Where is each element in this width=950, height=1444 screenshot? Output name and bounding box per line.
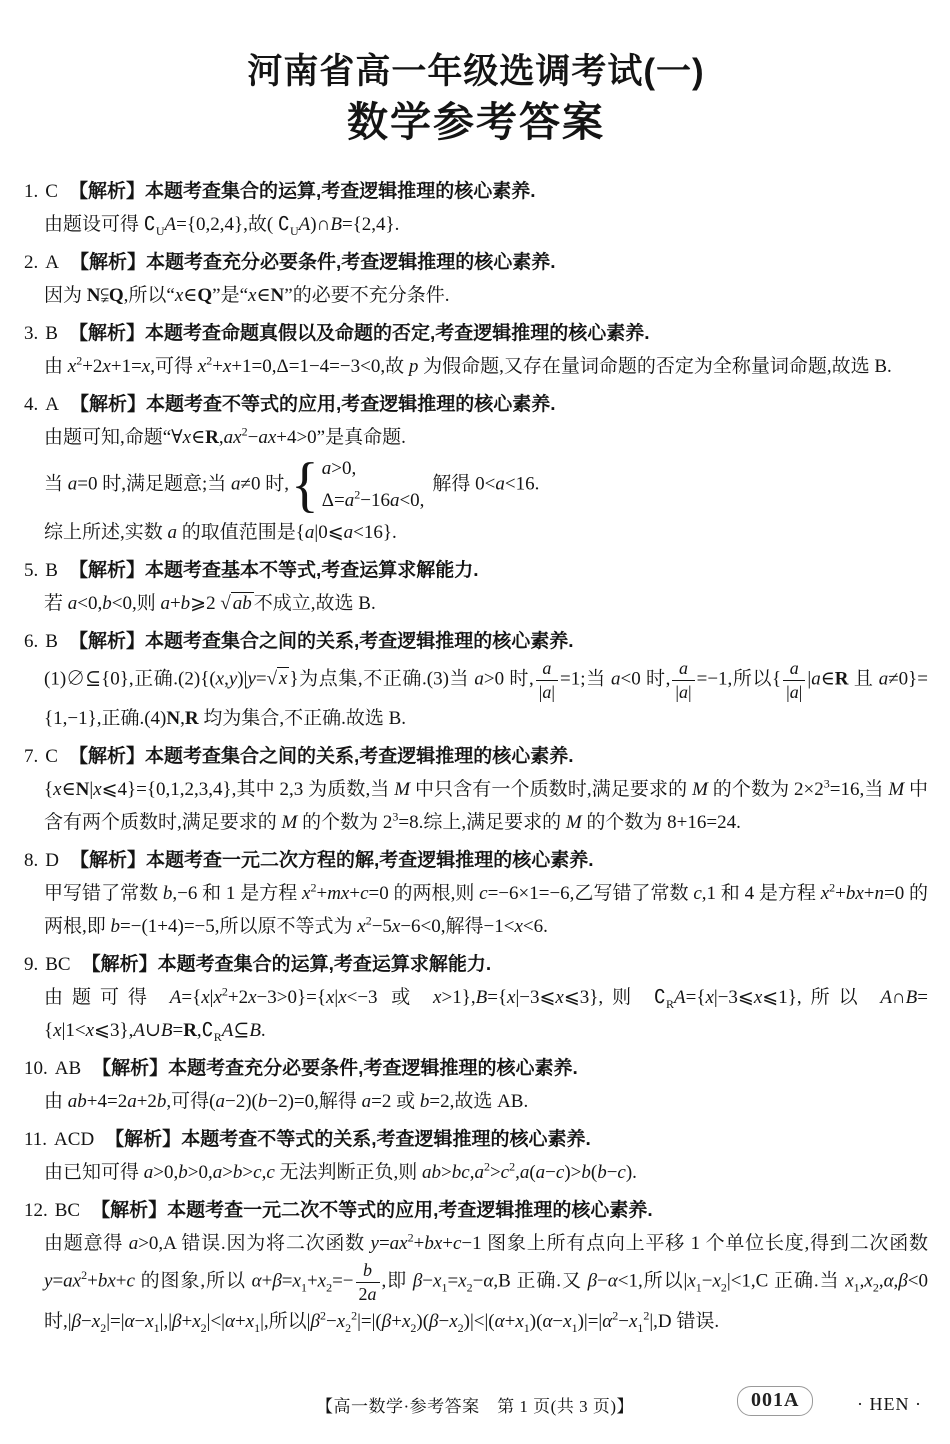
solution-line: 因为 N⫋Q,所以“x∈Q”是“x∈N”的必要不充分条件. [44, 279, 928, 312]
item-solution: 由题可知,命题“∀x∈R,ax2−ax+4>0”是真命题.当 a=0 时,满足题… [24, 421, 928, 549]
question-number: 2. [24, 252, 38, 273]
item-solution: 由 x2+2x+1=x,可得 x2+x+1=0,Δ=1−4=−3<0,故 p 为… [24, 350, 928, 383]
item-head: 9.BC【解析】本题考查集合的运算,考查运算求解能力. [24, 948, 928, 981]
answer-letter: AB [55, 1058, 81, 1079]
question-number: 6. [24, 631, 38, 652]
analysis-label: 【解析】 [69, 631, 145, 652]
analysis-label: 【解析】 [69, 181, 145, 202]
solution-line: 综上所述,实数 a 的取值范围是{a|0⩽a<16}. [44, 516, 928, 549]
analysis-label: 【解析】 [69, 323, 145, 344]
item-solution: 由已知可得 a>0,b>0,a>b>c,c 无法判断正负,则 ab>bc,a2>… [24, 1156, 928, 1189]
solution-line: 由已知可得 a>0,b>0,a>b>c,c 无法判断正负,则 ab>bc,a2>… [44, 1156, 928, 1189]
answer-sheet-title: 数学参考答案 [24, 98, 928, 147]
question-number: 12. [24, 1200, 48, 1221]
item-solution: {x∈N|x⩽4}={0,1,2,3,4},其中 2,3 为质数,当 M 中只含… [24, 773, 928, 839]
answer-list: 1.C【解析】本题考查集合的运算,考查逻辑推理的核心素养. 由题设可得 ∁UA=… [24, 175, 928, 1338]
analysis-intro: 本题考查命题真假以及命题的否定,考查逻辑推理的核心素养. [145, 323, 650, 344]
answer-item: 4.A【解析】本题考查不等式的应用,考查逻辑推理的核心素养. 由题可知,命题“∀… [24, 388, 928, 549]
answer-letter: C [45, 746, 58, 767]
question-number: 4. [24, 394, 38, 415]
answer-letter: B [45, 631, 58, 652]
exam-answer-page: 河南省高一年级选调考试(一) 数学参考答案 1.C【解析】本题考查集合的运算,考… [0, 0, 950, 1338]
item-solution: 由题意得 a>0,A 错误.因为将二次函数 y=ax2+bx+c−1 图象上所有… [24, 1227, 928, 1337]
solution-line: 由题可得 A={x|x2+2x−3>0}={x|x<−3 或 x>1},B={x… [44, 981, 928, 1047]
analysis-intro: 本题考查一元二次方程的解,考查逻辑推理的核心素养. [146, 850, 594, 871]
item-solution: 甲写错了常数 b,−6 和 1 是方程 x2+mx+c=0 的两根,则 c=−6… [24, 877, 928, 943]
question-number: 7. [24, 746, 38, 767]
solution-line: 由题意得 a>0,A 错误.因为将二次函数 y=ax2+bx+c−1 图象上所有… [44, 1227, 928, 1337]
answer-item: 11.ACD【解析】本题考查不等式的关系,考查逻辑推理的核心素养. 由已知可得 … [24, 1123, 928, 1189]
item-head: 8.D【解析】本题考查一元二次方程的解,考查逻辑推理的核心素养. [24, 844, 928, 877]
answer-item: 9.BC【解析】本题考查集合的运算,考查运算求解能力. 由题可得 A={x|x2… [24, 948, 928, 1047]
title-block: 河南省高一年级选调考试(一) 数学参考答案 [24, 50, 928, 147]
answer-item: 2.A【解析】本题考查充分必要条件,考查逻辑推理的核心素养. 因为 N⫋Q,所以… [24, 246, 928, 312]
answer-letter: BC [45, 954, 70, 975]
answer-letter: A [45, 394, 59, 415]
analysis-label: 【解析】 [70, 394, 146, 415]
item-head: 11.ACD【解析】本题考查不等式的关系,考查逻辑推理的核心素养. [24, 1123, 928, 1156]
answer-item: 8.D【解析】本题考查一元二次方程的解,考查逻辑推理的核心素养. 甲写错了常数 … [24, 844, 928, 943]
answer-letter: C [45, 181, 58, 202]
question-number: 10. [24, 1058, 48, 1079]
question-number: 1. [24, 181, 38, 202]
analysis-label: 【解析】 [70, 850, 146, 871]
analysis-intro: 本题考查不等式的应用,考查逻辑推理的核心素养. [146, 394, 556, 415]
analysis-intro: 本题考查基本不等式,考查运算求解能力. [145, 560, 479, 581]
analysis-intro: 本题考查不等式的关系,考查逻辑推理的核心素养. [181, 1129, 591, 1150]
solution-line: 若 a<0,b<0,则 a+b⩾2 √ab不成立,故选 B. [44, 587, 928, 620]
item-head: 10.AB【解析】本题考查充分必要条件,考查逻辑推理的核心素养. [24, 1052, 928, 1085]
analysis-label: 【解析】 [105, 1129, 181, 1150]
item-solution: 由 ab+4=2a+2b,可得(a−2)(b−2)=0,解得 a=2 或 b=2… [24, 1085, 928, 1118]
analysis-label: 【解析】 [91, 1200, 167, 1221]
paper-code-badge: 001A [737, 1386, 813, 1416]
analysis-intro: 本题考查集合之间的关系,考查逻辑推理的核心素养. [145, 746, 574, 767]
solution-line: {x∈N|x⩽4}={0,1,2,3,4},其中 2,3 为质数,当 M 中只含… [44, 773, 928, 839]
item-head: 4.A【解析】本题考查不等式的应用,考查逻辑推理的核心素养. [24, 388, 928, 421]
footer-region-code: · HEN · [857, 1394, 922, 1415]
question-number: 3. [24, 323, 38, 344]
item-head: 3.B【解析】本题考查命题真假以及命题的否定,考查逻辑推理的核心素养. [24, 317, 928, 350]
analysis-intro: 本题考查一元二次不等式的应用,考查逻辑推理的核心素养. [167, 1200, 653, 1221]
analysis-label: 【解析】 [69, 746, 145, 767]
question-number: 5. [24, 560, 38, 581]
solution-line: 由题设可得 ∁UA={0,2,4},故( ∁UA)∩B={2,4}. [44, 208, 928, 241]
analysis-intro: 本题考查集合之间的关系,考查逻辑推理的核心素养. [145, 631, 574, 652]
solution-line: (1)∅⊆{0},正确.(2){(x,y)|y=√x}为点集,不正确.(3)当 … [44, 658, 928, 735]
item-head: 2.A【解析】本题考查充分必要条件,考查逻辑推理的核心素养. [24, 246, 928, 279]
solution-line: 由 ab+4=2a+2b,可得(a−2)(b−2)=0,解得 a=2 或 b=2… [44, 1085, 928, 1118]
exam-title: 河南省高一年级选调考试(一) [24, 50, 928, 94]
answer-letter: D [45, 850, 59, 871]
answer-item: 1.C【解析】本题考查集合的运算,考查逻辑推理的核心素养. 由题设可得 ∁UA=… [24, 175, 928, 241]
analysis-intro: 本题考查集合的运算,考查逻辑推理的核心素养. [145, 181, 536, 202]
item-solution: 由题设可得 ∁UA={0,2,4},故( ∁UA)∩B={2,4}. [24, 208, 928, 241]
analysis-intro: 本题考查充分必要条件,考查逻辑推理的核心素养. [146, 252, 556, 273]
item-solution: 因为 N⫋Q,所以“x∈Q”是“x∈N”的必要不充分条件. [24, 279, 928, 312]
item-solution: (1)∅⊆{0},正确.(2){(x,y)|y=√x}为点集,不正确.(3)当 … [24, 658, 928, 735]
answer-item: 7.C【解析】本题考查集合之间的关系,考查逻辑推理的核心素养. {x∈N|x⩽4… [24, 740, 928, 839]
item-head: 5.B【解析】本题考查基本不等式,考查运算求解能力. [24, 554, 928, 587]
analysis-label: 【解析】 [69, 560, 145, 581]
analysis-label: 【解析】 [82, 954, 158, 975]
solution-line: 甲写错了常数 b,−6 和 1 是方程 x2+mx+c=0 的两根,则 c=−6… [44, 877, 928, 943]
item-head: 12.BC【解析】本题考查一元二次不等式的应用,考查逻辑推理的核心素养. [24, 1194, 928, 1227]
solution-line: 由题可知,命题“∀x∈R,ax2−ax+4>0”是真命题. [44, 421, 928, 454]
answer-item: 6.B【解析】本题考查集合之间的关系,考查逻辑推理的核心素养. (1)∅⊆{0}… [24, 625, 928, 735]
solution-line: 当 a=0 时,满足题意;当 a≠0 时,{a>0,Δ=a2−16a<0,解得 … [44, 454, 928, 516]
question-number: 9. [24, 954, 38, 975]
question-number: 11. [24, 1129, 47, 1150]
answer-item: 10.AB【解析】本题考查充分必要条件,考查逻辑推理的核心素养. 由 ab+4=… [24, 1052, 928, 1118]
answer-item: 5.B【解析】本题考查基本不等式,考查运算求解能力. 若 a<0,b<0,则 a… [24, 554, 928, 620]
analysis-intro: 本题考查集合的运算,考查运算求解能力. [158, 954, 492, 975]
item-solution: 若 a<0,b<0,则 a+b⩾2 √ab不成立,故选 B. [24, 587, 928, 620]
item-head: 7.C【解析】本题考查集合之间的关系,考查逻辑推理的核心素养. [24, 740, 928, 773]
answer-letter: BC [55, 1200, 80, 1221]
answer-letter: A [45, 252, 59, 273]
question-number: 8. [24, 850, 38, 871]
answer-item: 3.B【解析】本题考查命题真假以及命题的否定,考查逻辑推理的核心素养. 由 x2… [24, 317, 928, 383]
item-head: 6.B【解析】本题考查集合之间的关系,考查逻辑推理的核心素养. [24, 625, 928, 658]
answer-item: 12.BC【解析】本题考查一元二次不等式的应用,考查逻辑推理的核心素养. 由题意… [24, 1194, 928, 1337]
analysis-label: 【解析】 [70, 252, 146, 273]
solution-line: 由 x2+2x+1=x,可得 x2+x+1=0,Δ=1−4=−3<0,故 p 为… [44, 350, 928, 383]
analysis-intro: 本题考查充分必要条件,考查逻辑推理的核心素养. [168, 1058, 578, 1079]
answer-letter: B [45, 323, 58, 344]
item-head: 1.C【解析】本题考查集合的运算,考查逻辑推理的核心素养. [24, 175, 928, 208]
footer-page-label: 【高一数学·参考答案 第 1 页(共 3 页)】 [316, 1397, 634, 1416]
answer-letter: B [45, 560, 58, 581]
page-footer: 【高一数学·参考答案 第 1 页(共 3 页)】 001A · HEN · [0, 1392, 950, 1428]
item-solution: 由题可得 A={x|x2+2x−3>0}={x|x<−3 或 x>1},B={x… [24, 981, 928, 1047]
analysis-label: 【解析】 [92, 1058, 168, 1079]
answer-letter: ACD [54, 1129, 94, 1150]
